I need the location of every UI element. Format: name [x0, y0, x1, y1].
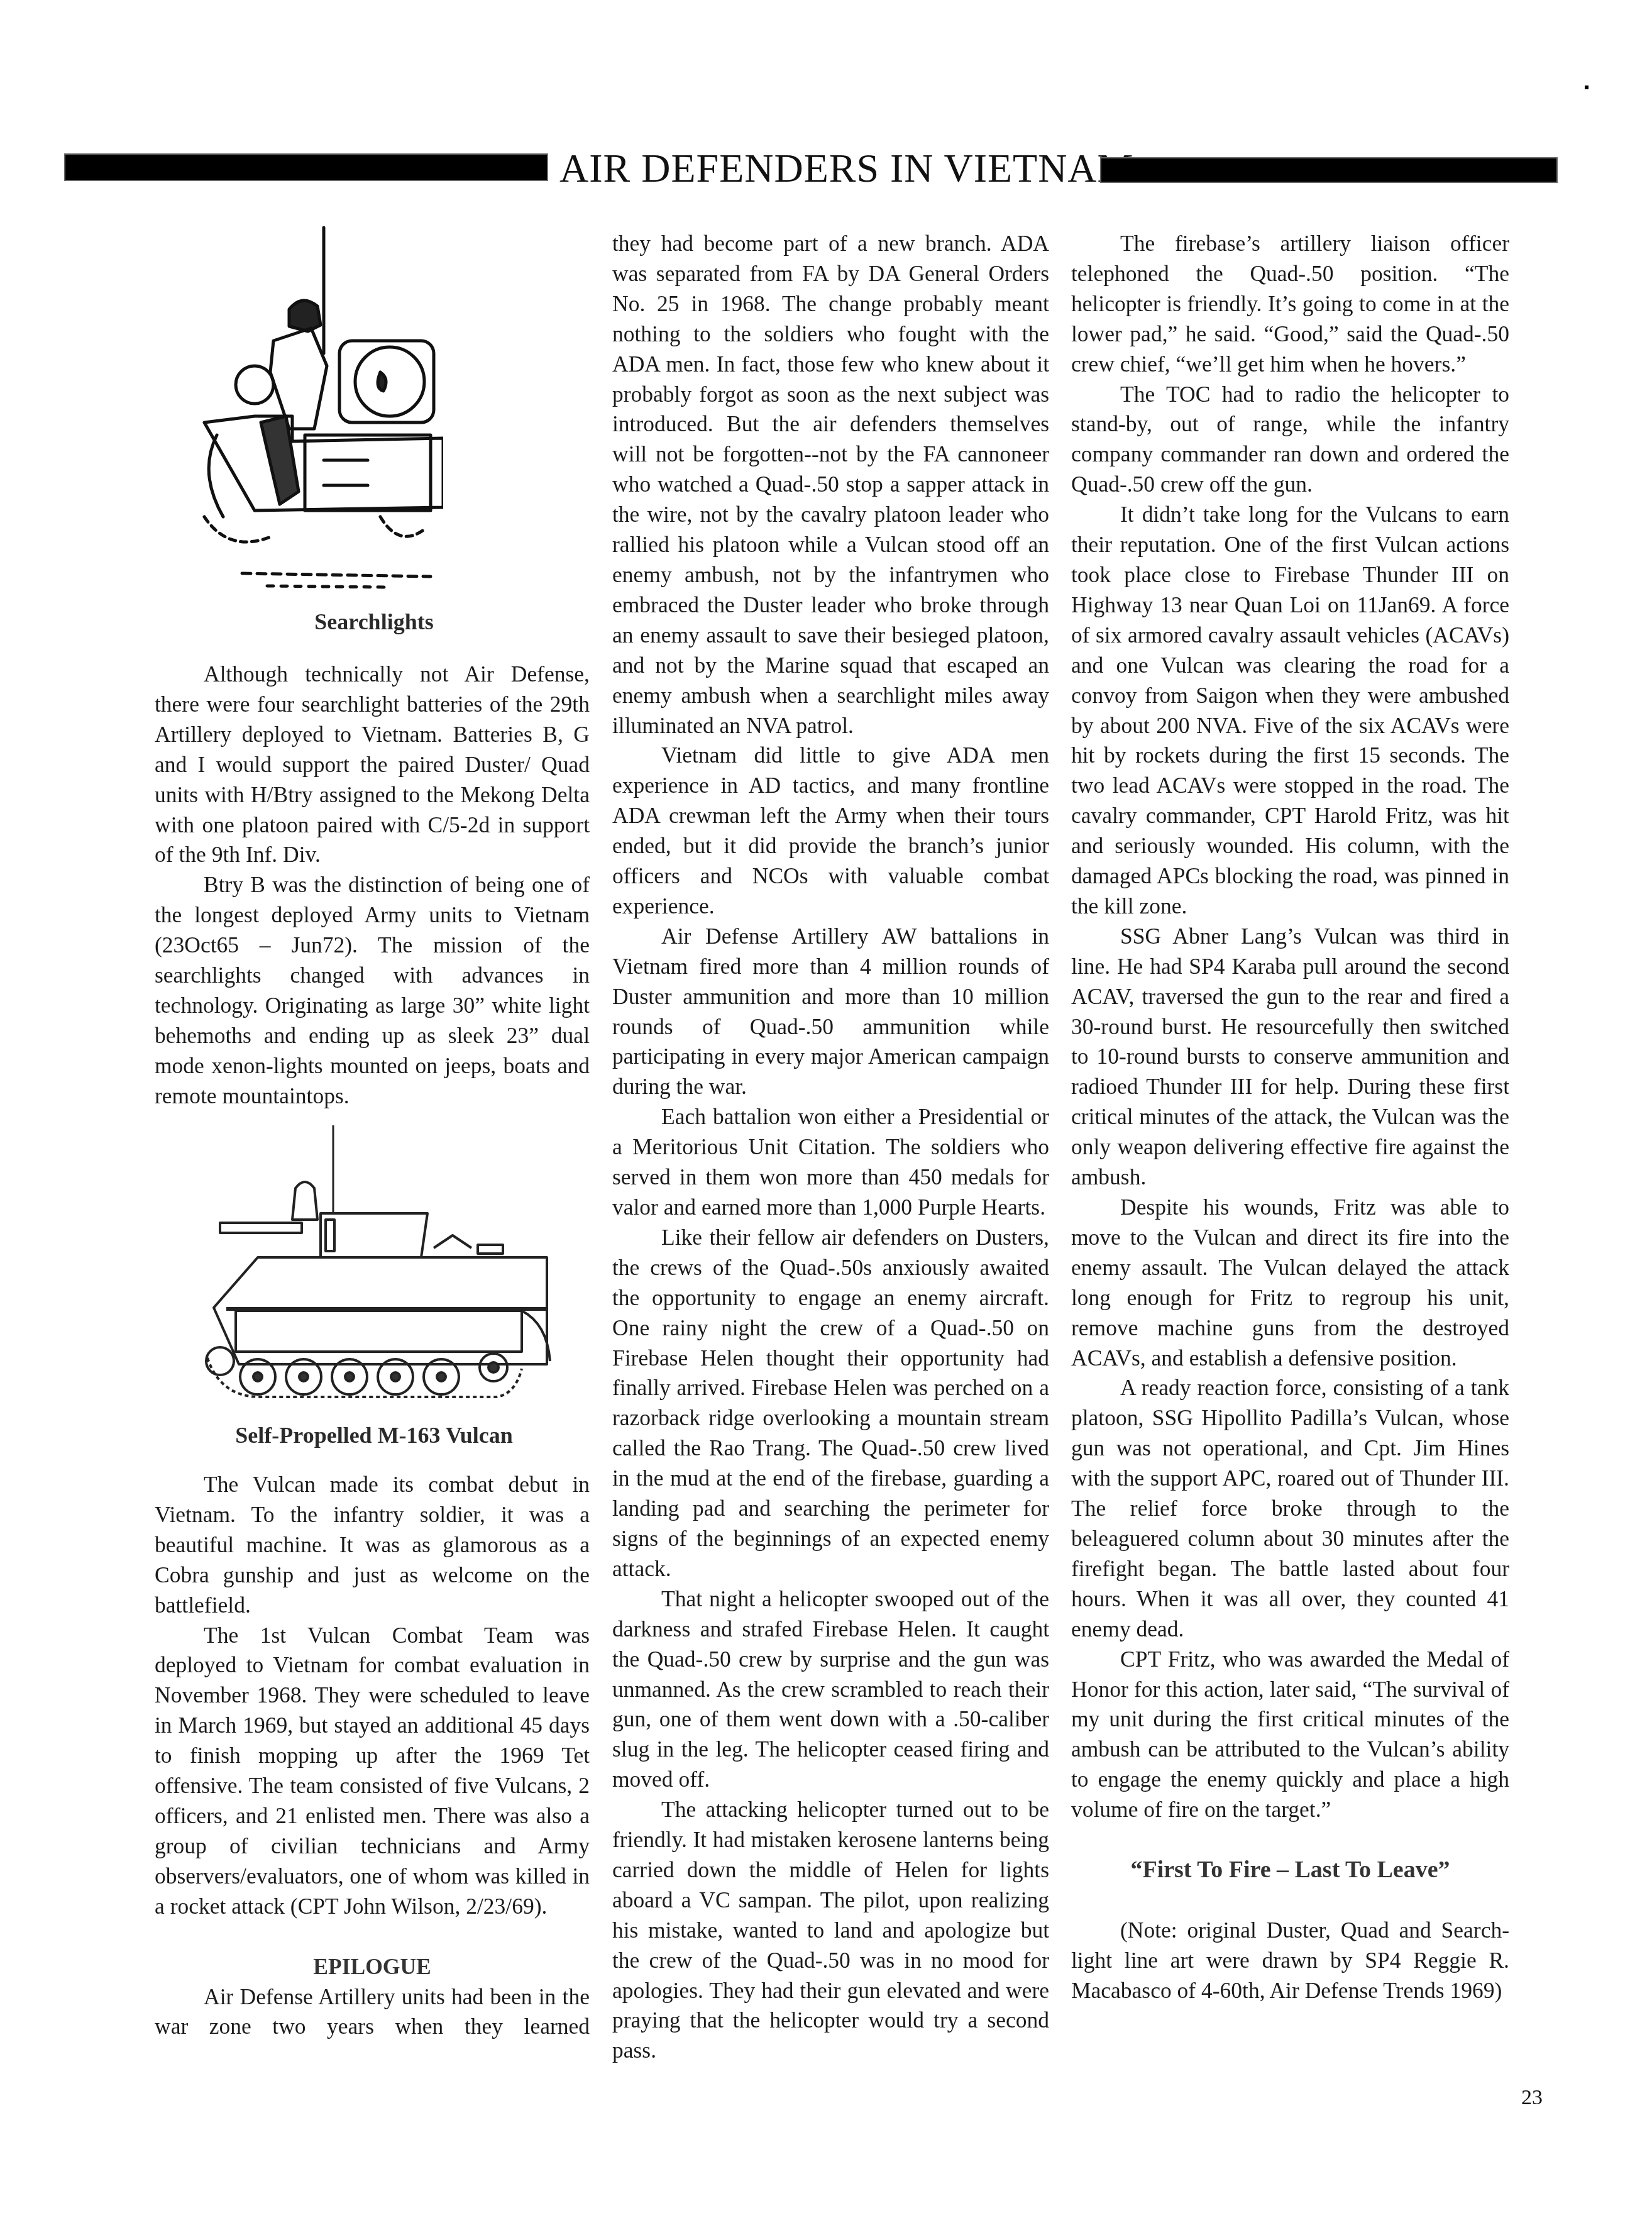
paragraph: Each battalion won either a Presidential…: [612, 1102, 1049, 1223]
credit-note: (Note: original Duster, Quad and Search-…: [1071, 1916, 1509, 2006]
searchlight-illustration: [179, 221, 443, 599]
paragraph: CPT Fritz, who was awarded the Medal of …: [1071, 1645, 1509, 1825]
column-2-text: they had become part of a new branch. AD…: [612, 229, 1049, 2066]
motto-heading: “First To Fire – Last To Leave”: [1071, 1855, 1509, 1885]
paragraph: SSG Abner Lang’s Vulcan was third in lin…: [1071, 922, 1509, 1193]
vulcan-caption: Self-Propelled M-163 Vulcan: [157, 1422, 591, 1448]
page-number: 23: [1521, 2086, 1543, 2110]
vulcan-illustration: [182, 1119, 566, 1402]
paragraph: Despite his wounds, Fritz was able to mo…: [1071, 1193, 1509, 1373]
column-3-text: The firebase’s artillery liaison officer…: [1071, 229, 1509, 2006]
paragraph: A ready reaction force, consisting of a …: [1071, 1373, 1509, 1644]
paragraph: The TOC had to radio the helicopter to s…: [1071, 380, 1509, 500]
column-1-searchlights-text: Although technically not Air Defense, th…: [155, 659, 590, 1112]
paragraph: Btry B was the distinction of being one …: [155, 870, 590, 1111]
column-1-vulcan-text: The Vulcan made its combat debut in Viet…: [155, 1470, 590, 2042]
paragraph: Air Defense Artillery AW battalions in V…: [612, 922, 1049, 1102]
paragraph: The 1st Vulcan Combat Team was deployed …: [155, 1621, 590, 1922]
scan-dot: [1585, 86, 1589, 89]
paragraph: they had become part of a new branch. AD…: [612, 229, 1049, 741]
paragraph: The attacking helicopter turned out to b…: [612, 1795, 1049, 2066]
m163-vulcan-icon: [182, 1119, 566, 1402]
searchlight-caption: Searchlights: [157, 609, 591, 635]
paragraph: The Vulcan made its combat debut in Viet…: [155, 1470, 590, 1621]
page-title: AIR DEFENDERS IN VIETNAM: [559, 148, 1133, 189]
paragraph: Air Defense Artillery units had been in …: [155, 1982, 590, 2043]
paragraph: Like their fellow air defenders on Duste…: [612, 1223, 1049, 1584]
paragraph: Vietnam did little to give ADA men exper…: [612, 741, 1049, 921]
paragraph: That night a helicopter swooped out of t…: [612, 1584, 1049, 1795]
paragraph: It didn’t take long for the Vulcans to e…: [1071, 500, 1509, 922]
paragraph: Although technically not Air Defense, th…: [155, 659, 590, 870]
epilogue-heading: EPILOGUE: [155, 1952, 590, 1982]
header-bar-right: [1100, 157, 1558, 183]
paragraph: The firebase’s artillery liaison officer…: [1071, 229, 1509, 380]
searchlight-jeep-icon: [179, 221, 443, 599]
header-bar-left: [64, 153, 548, 181]
